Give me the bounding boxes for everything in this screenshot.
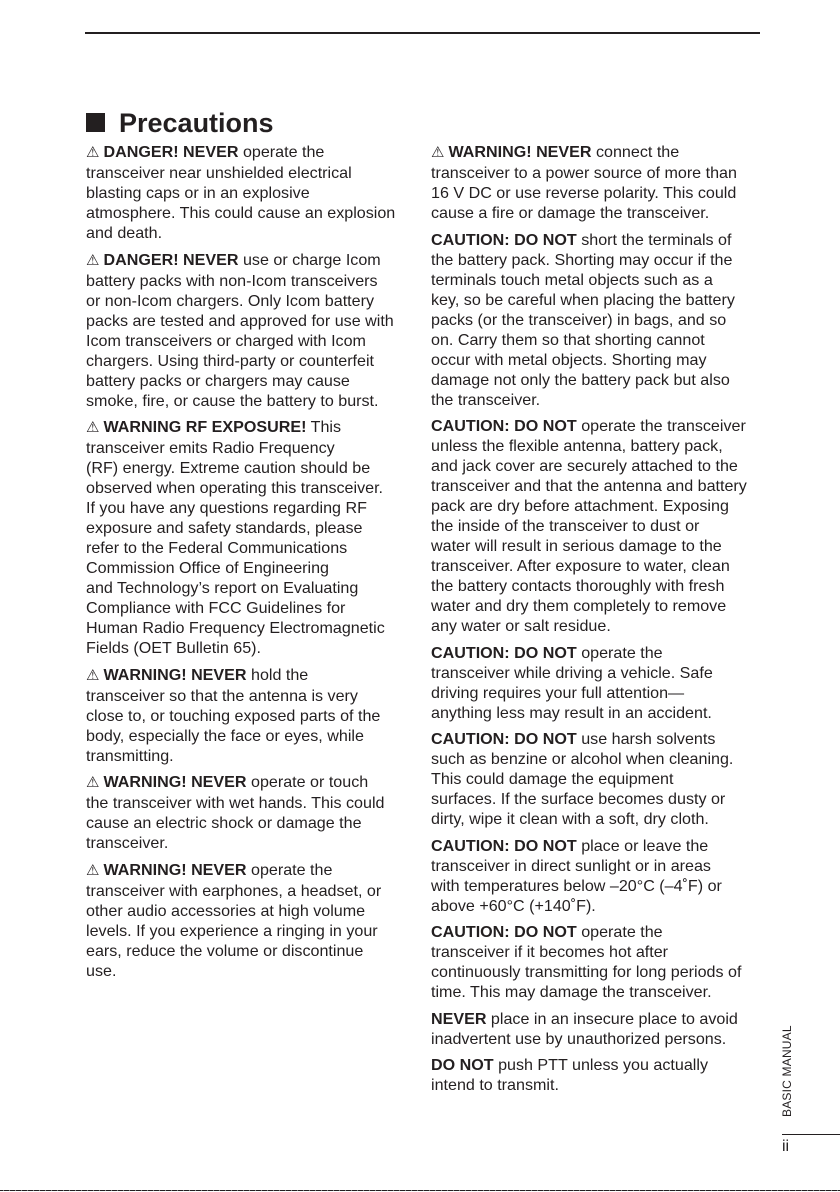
precaution-item: ⚠WARNING! NEVER connect thetransceiver t… xyxy=(431,142,776,223)
precaution-label: WARNING! NEVER xyxy=(103,861,246,879)
precaution-text-line: Human Radio Frequency Electromagnetic xyxy=(86,619,385,637)
precaution-item: CAUTION: DO NOT operate the transceiveru… xyxy=(431,416,776,636)
precaution-text-line: continuously transmitting for long perio… xyxy=(431,963,741,981)
precaution-text-line: with temperatures below –20°C (–4˚F) or xyxy=(431,877,722,895)
precaution-text-line: Icom transceivers or charged with Icom xyxy=(86,332,366,350)
precaution-item: ⚠WARNING RF EXPOSURE! Thistransceiver em… xyxy=(86,417,431,658)
precaution-text-line: observed when operating this transceiver… xyxy=(86,479,383,497)
precaution-text-line: or non-Icom chargers. Only Icom battery xyxy=(86,292,374,310)
warning-triangle-icon: ⚠ xyxy=(86,774,99,791)
precaution-text-line: occur with metal objects. Shorting may xyxy=(431,351,707,369)
precaution-text-line: chargers. Using third-party or counterfe… xyxy=(86,352,374,370)
precaution-text-line: place in an insecure place to avoid xyxy=(486,1010,737,1028)
precaution-text-line: battery packs or chargers may cause xyxy=(86,372,350,390)
precaution-text-line: operate the xyxy=(247,861,333,879)
precaution-text-line: atmosphere. This could cause an explosio… xyxy=(86,204,395,222)
precaution-label: DANGER! NEVER xyxy=(103,251,238,269)
precaution-text-line: (RF) energy. Extreme caution should be xyxy=(86,459,370,477)
precaution-text-line: above +60°C (+140˚F). xyxy=(431,897,596,915)
right-column: ⚠WARNING! NEVER connect thetransceiver t… xyxy=(431,142,776,1102)
precaution-text-line: operate the xyxy=(238,143,324,161)
precaution-text-line: transceiver if it becomes hot after xyxy=(431,943,668,961)
precaution-text-line: any water or salt residue. xyxy=(431,617,611,635)
precaution-text-line: transceiver. After exposure to water, cl… xyxy=(431,557,730,575)
precaution-item: ⚠WARNING! NEVER operate thetransceiver w… xyxy=(86,860,431,981)
precaution-label: WARNING! NEVER xyxy=(448,143,591,161)
precaution-text-line: use. xyxy=(86,962,116,980)
precaution-text-line: and Technology’s report on Evaluating xyxy=(86,579,358,597)
precaution-text-line: ears, reduce the volume or discontinue xyxy=(86,942,363,960)
precaution-text-line: the battery contacts thoroughly with fre… xyxy=(431,577,724,595)
precaution-text-line: operate the transceiver xyxy=(577,417,746,435)
precaution-label: CAUTION: DO NOT xyxy=(431,417,577,435)
precaution-text-line: This could damage the equipment xyxy=(431,770,673,788)
warning-triangle-icon: ⚠ xyxy=(86,862,99,879)
precaution-text-line: damage not only the battery pack but als… xyxy=(431,371,730,389)
precaution-text-line: and jack cover are securely attached to … xyxy=(431,457,738,475)
precaution-text-line: the transceiver. xyxy=(431,391,540,409)
precaution-text-line: the transceiver with wet hands. This cou… xyxy=(86,794,384,812)
precaution-text-line: cause an electric shock or damage the xyxy=(86,814,362,832)
precaution-text-line: transceiver. xyxy=(86,834,168,852)
precaution-text-line: body, especially the face or eyes, while xyxy=(86,727,364,745)
precaution-text-line: on. Carry them so that shorting cannot xyxy=(431,331,705,349)
precaution-text-line: operate the xyxy=(577,923,663,941)
precaution-label: CAUTION: DO NOT xyxy=(431,231,577,249)
precaution-text-line: transceiver so that the antenna is very xyxy=(86,687,358,705)
precaution-text-line: pack are dry before attachment. Exposing xyxy=(431,497,729,515)
precaution-text-line: refer to the Federal Communications xyxy=(86,539,347,557)
precaution-label: CAUTION: DO NOT xyxy=(431,644,577,662)
precaution-text-line: packs (or the transceiver) in bags, and … xyxy=(431,311,726,329)
precaution-text-line: use or charge Icom xyxy=(238,251,380,269)
precaution-text-line: battery packs with non-Icom transceivers xyxy=(86,272,378,290)
precaution-text-line: transceiver with earphones, a headset, o… xyxy=(86,882,381,900)
precaution-text-line: close to, or touching exposed parts of t… xyxy=(86,707,380,725)
precaution-text-line: exposure and safety standards, please xyxy=(86,519,362,537)
precaution-label: CAUTION: DO NOT xyxy=(431,730,577,748)
precaution-text-line: such as benzine or alcohol when cleaning… xyxy=(431,750,733,768)
precaution-label: DANGER! NEVER xyxy=(103,143,238,161)
precaution-text-line: short the terminals of xyxy=(577,231,732,249)
precaution-text-line: operate or touch xyxy=(247,773,369,791)
precaution-label: WARNING RF EXPOSURE! xyxy=(103,418,306,436)
precaution-text-line: transmitting. xyxy=(86,747,174,765)
page-number: ii xyxy=(782,1138,789,1156)
precaution-label: WARNING! NEVER xyxy=(103,666,246,684)
warning-triangle-icon: ⚠ xyxy=(86,667,99,684)
precaution-text-line: operate the xyxy=(577,644,663,662)
precaution-text-line: key, so be careful when placing the batt… xyxy=(431,291,735,309)
precaution-item: ⚠DANGER! NEVER operate thetransceiver ne… xyxy=(86,142,431,243)
precaution-text-line: transceiver while driving a vehicle. Saf… xyxy=(431,664,713,682)
precaution-text-line: If you have any questions regarding RF xyxy=(86,499,367,517)
precaution-text-line: transceiver in direct sunlight or in are… xyxy=(431,857,711,875)
precaution-text-line: dirty, wipe it clean with a soft, dry cl… xyxy=(431,810,709,828)
precaution-text-line: connect the xyxy=(592,143,680,161)
precaution-text-line: push PTT unless you actually xyxy=(494,1056,708,1074)
precaution-item: CAUTION: DO NOT operate thetransceiver i… xyxy=(431,922,776,1002)
left-column: ⚠DANGER! NEVER operate thetransceiver ne… xyxy=(86,142,431,987)
precaution-text-line: Fields (OET Bulletin 65). xyxy=(86,639,261,657)
precaution-text-line: packs are tested and approved for use wi… xyxy=(86,312,394,330)
precaution-text-line: Commission Office of Engineering xyxy=(86,559,329,577)
precaution-text-line: use harsh solvents xyxy=(577,730,716,748)
precaution-text-line: the inside of the transceiver to dust or xyxy=(431,517,699,535)
precaution-text-line: blasting caps or in an explosive xyxy=(86,184,310,202)
precaution-text-line: driving requires your full attention— xyxy=(431,684,684,702)
precaution-item: ⚠WARNING! NEVER hold thetransceiver so t… xyxy=(86,665,431,766)
precaution-text-line: This xyxy=(306,418,341,436)
precaution-item: CAUTION: DO NOT short the terminals ofth… xyxy=(431,230,776,410)
precaution-text-line: Compliance with FCC Guidelines for xyxy=(86,599,345,617)
precaution-text-line: terminals touch metal objects such as a xyxy=(431,271,713,289)
precaution-text-line: the battery pack. Shorting may occur if … xyxy=(431,251,732,269)
precaution-text-line: unless the flexible antenna, battery pac… xyxy=(431,437,723,455)
header-rule xyxy=(85,32,760,34)
precaution-item: ⚠WARNING! NEVER operate or touchthe tran… xyxy=(86,772,431,853)
precaution-item: CAUTION: DO NOT use harsh solventssuch a… xyxy=(431,729,776,829)
precaution-text-line: transceiver to a power source of more th… xyxy=(431,164,737,182)
precaution-text-line: levels. If you experience a ringing in y… xyxy=(86,922,378,940)
precaution-item: DO NOT push PTT unless you actuallyinten… xyxy=(431,1055,776,1095)
page-title-text: Precautions xyxy=(119,108,274,138)
precaution-text-line: water and dry them completely to remove xyxy=(431,597,726,615)
precaution-text-line: place or leave the xyxy=(577,837,709,855)
page-title: Precautions xyxy=(86,106,274,140)
precaution-text-line: other audio accessories at high volume xyxy=(86,902,365,920)
precaution-text-line: transceiver emits Radio Frequency xyxy=(86,439,335,457)
warning-triangle-icon: ⚠ xyxy=(86,419,99,436)
page-number-rule xyxy=(782,1134,840,1135)
precaution-label: DO NOT xyxy=(431,1056,494,1074)
precaution-text-line: cause a fire or damage the transceiver. xyxy=(431,204,709,222)
precaution-item: ⚠DANGER! NEVER use or charge Icombattery… xyxy=(86,250,431,411)
precaution-text-line: time. This may damage the transceiver. xyxy=(431,983,712,1001)
precaution-text-line: inadvertent use by unauthorized persons. xyxy=(431,1030,726,1048)
precaution-text-line: and death. xyxy=(86,224,162,242)
warning-triangle-icon: ⚠ xyxy=(86,252,99,269)
precaution-text-line: smoke, fire, or cause the battery to bur… xyxy=(86,392,379,410)
precaution-text-line: intend to transmit. xyxy=(431,1076,559,1094)
precaution-text-line: transceiver near unshielded electrical xyxy=(86,164,352,182)
warning-triangle-icon: ⚠ xyxy=(86,144,99,161)
precaution-label: CAUTION: DO NOT xyxy=(431,837,577,855)
footer-rule xyxy=(0,1190,840,1191)
precaution-item: NEVER place in an insecure place to avoi… xyxy=(431,1009,776,1049)
precaution-text-line: transceiver and that the antenna and bat… xyxy=(431,477,747,495)
black-square-icon xyxy=(86,113,105,132)
precaution-text-line: 16 V DC or use reverse polarity. This co… xyxy=(431,184,736,202)
precaution-text-line: surfaces. If the surface becomes dusty o… xyxy=(431,790,725,808)
side-section-label: BASIC MANUAL xyxy=(780,1025,794,1117)
precaution-item: CAUTION: DO NOT place or leave thetransc… xyxy=(431,836,776,916)
precaution-label: NEVER xyxy=(431,1010,486,1028)
precaution-text-line: water will result in serious damage to t… xyxy=(431,537,722,555)
warning-triangle-icon: ⚠ xyxy=(431,144,444,161)
precaution-label: CAUTION: DO NOT xyxy=(431,923,577,941)
precaution-label: WARNING! NEVER xyxy=(103,773,246,791)
precaution-text-line: anything less may result in an accident. xyxy=(431,704,712,722)
precaution-item: CAUTION: DO NOT operate thetransceiver w… xyxy=(431,643,776,723)
precaution-text-line: hold the xyxy=(247,666,309,684)
